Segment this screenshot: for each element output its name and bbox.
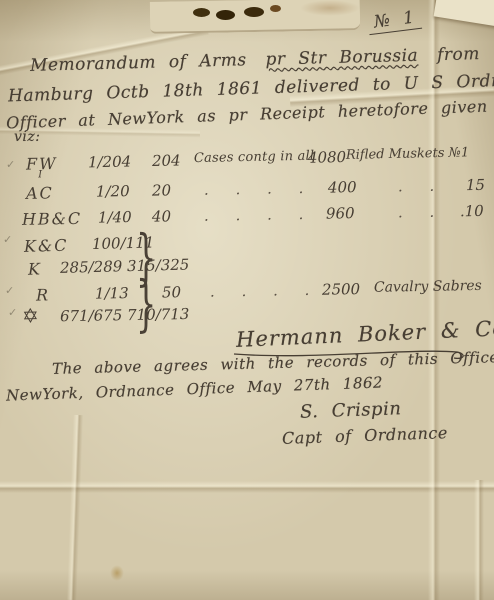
row-mark: K [28, 259, 42, 278]
memo-line1-suffix: from [437, 44, 480, 65]
row-qty: 400 [328, 178, 357, 196]
ink-blot-1 [193, 8, 210, 17]
grouping-brace-lower: } [136, 273, 148, 334]
fold-crease-horizontal-bottom [0, 481, 494, 493]
row-mark: K&C [24, 236, 69, 256]
row-item-no: .10 [460, 202, 484, 220]
row-dots: . . . . [210, 281, 310, 301]
row-cases: 285/289 315/325 [60, 256, 190, 277]
row-item: Rifled Muskets №1 [346, 145, 470, 163]
page-number-label: № 1 [367, 7, 422, 35]
viz-label: viz: [14, 129, 40, 145]
officer-signature: S. Crispin [300, 398, 402, 423]
row-item-no: 15 [466, 176, 485, 194]
memo-line1-prefix: Memorandum of Arms [30, 50, 247, 76]
row-cases: 1/204 [88, 152, 132, 171]
paper-corner-sliver [434, 0, 494, 27]
row-mark: HB&C [22, 209, 83, 229]
document-paper: № 1 Memorandum of Arms pr Str Borussia f… [0, 0, 494, 600]
attest-line-1: The above agrees with the records of thi… [52, 348, 494, 378]
row-dots: . . . . [204, 179, 304, 199]
row-dots: . . . . [204, 205, 304, 225]
row-qty: 960 [326, 204, 355, 222]
paper-stain-bottom [110, 565, 124, 581]
row-item: Cavalry Sabres [374, 278, 482, 296]
row-mark: R [36, 285, 50, 304]
star-of-david-mark: ✡ [22, 304, 41, 328]
row-qty: 4080 [308, 148, 347, 167]
row-qty: 2500 [322, 280, 360, 299]
memo-line-1: Memorandum of Arms pr Str Borussia from [30, 44, 480, 76]
page-number: № 1 [368, 10, 421, 32]
row-cases: 1/20 [96, 182, 130, 201]
table-row: FW I 1/204 204 Cases contg in all 4080 R… [0, 145, 494, 179]
row-mark-sub: I [38, 169, 42, 180]
row-desc: Cases contg in all [194, 149, 315, 167]
row-count: 20 [152, 181, 171, 199]
row-dots: . . [398, 203, 435, 222]
row-cases: 1/13 [95, 284, 129, 303]
row-count: 50 [162, 283, 181, 301]
row-dots: . . [398, 177, 435, 196]
fold-crease-vertical-left-bottom [67, 415, 83, 600]
ink-blot-3 [244, 7, 264, 17]
row-cases: 1/40 [98, 208, 132, 227]
fold-crease-vertical-right-bottom [474, 480, 484, 600]
row-count: 204 [152, 151, 181, 170]
ink-blot-4 [270, 5, 281, 12]
vessel-name: pr Str Borussia [265, 46, 418, 70]
ink-blot-2 [216, 10, 235, 20]
officer-title: Capt of Ordnance [282, 423, 448, 448]
row-mark: AC [26, 183, 54, 202]
row-cases: 671/675 710/713 [60, 305, 190, 325]
